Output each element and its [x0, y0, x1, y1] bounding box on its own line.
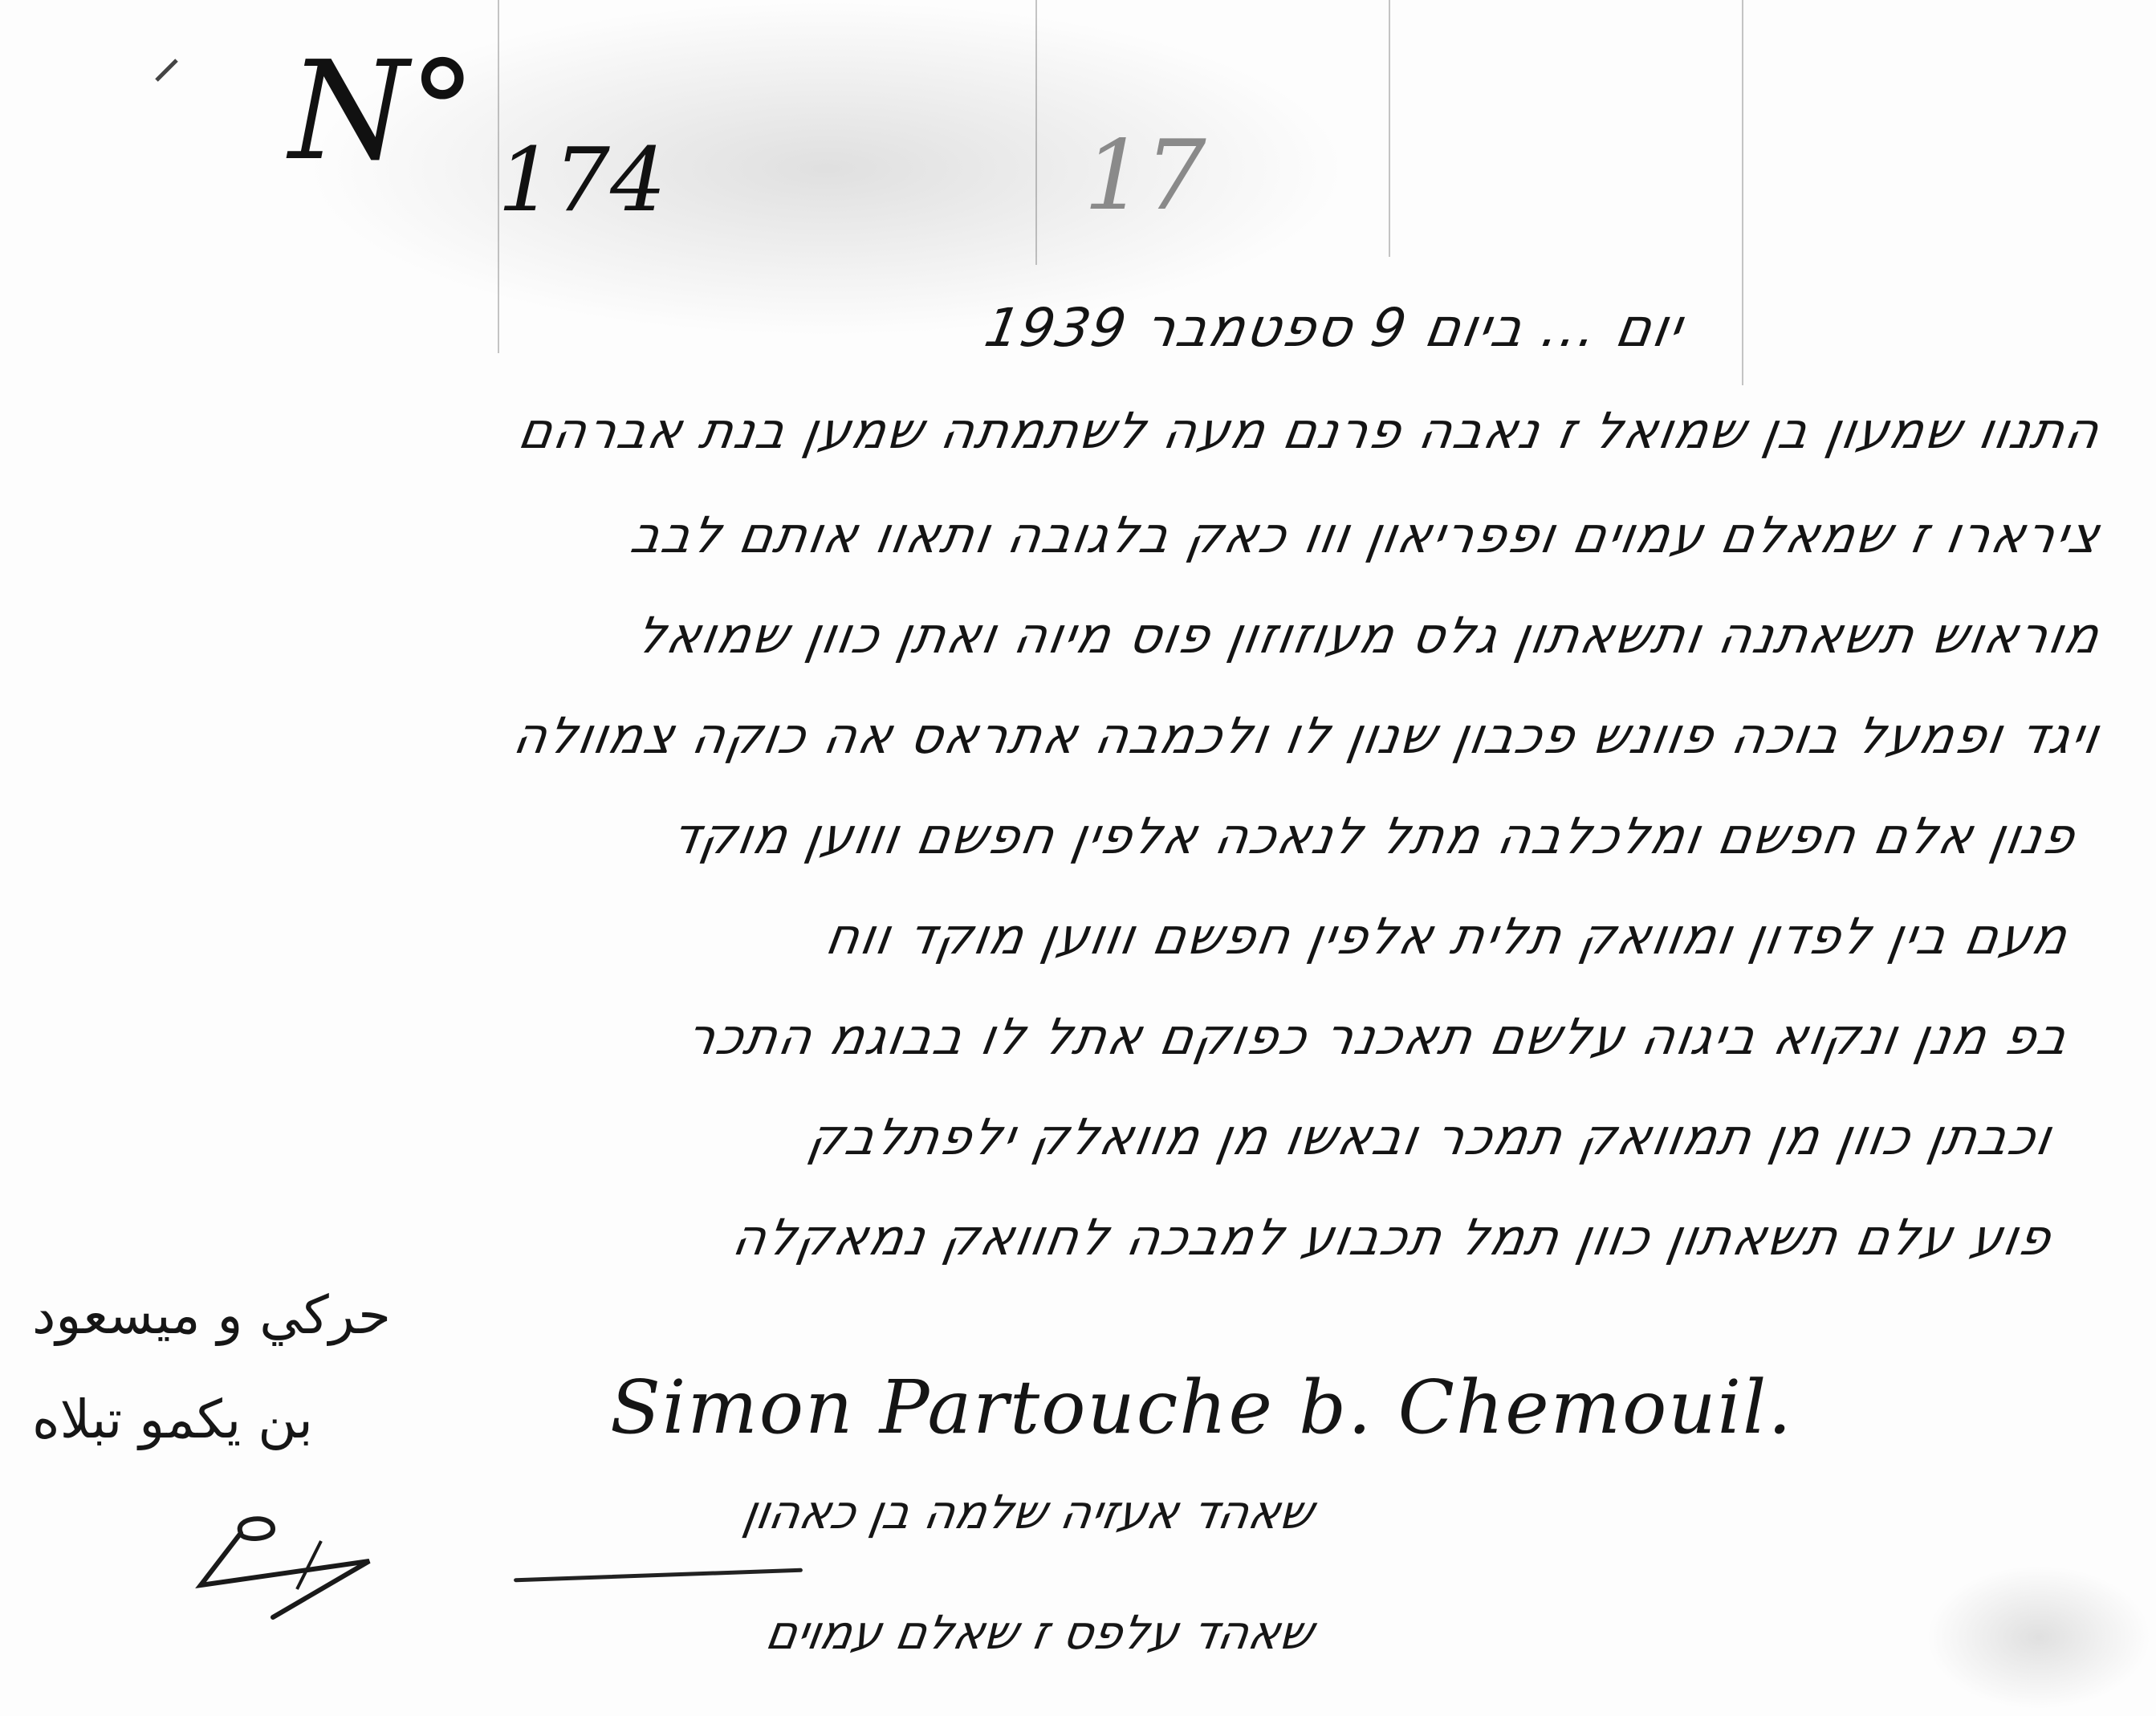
witness-signature-underline	[514, 1568, 803, 1583]
faded-stamp-number: 17	[1084, 120, 1206, 232]
body-line-1: התנוו שמעון בן שמואל ז נאבה פרנם מעה לשת…	[514, 401, 2105, 460]
witness-signature-1: שאהד אעזיה שלמה בן כאהון	[739, 1485, 1318, 1539]
fold-line-2	[1035, 0, 1037, 265]
signature-latin: Simon Partouche b. Chemouil.	[610, 1364, 1793, 1450]
bleed-through-right	[1926, 1565, 2151, 1710]
body-line-3: מוראוש תשאתנה ותשאתון גלס מעוזוזון פוס מ…	[632, 606, 2105, 665]
body-line-9: פוע עלם תשאתון כוון תמל תכבוע למבכה לחוו…	[728, 1208, 2056, 1267]
body-line-7: בפ מנן ונקוא ביגוה עלשם תאכנר כפוקם אתל …	[681, 1007, 2073, 1066]
body-line-2: צירארו ז שמאלם עמוים ופפריאון ווו כאק בל…	[626, 506, 2105, 564]
arabic-witness-line-1: حركي و ميسعود	[32, 1284, 391, 1346]
witness-signature-2: שאהד עלפס ז שאלם עמוים	[762, 1605, 1318, 1660]
corner-mark-icon	[153, 56, 185, 88]
fold-line-4	[1742, 0, 1743, 385]
document-number: 174	[498, 128, 666, 231]
date-line: יום ... ביום 9 ספטמבר 1939	[980, 297, 1688, 359]
body-line-5: פנון אלם חפשם ומלכלבה מתל לנאכה אלפין חפ…	[668, 807, 2081, 865]
body-line-6: מעם בין לפדון ומוואק תלית אלפין חפשם ווו…	[821, 907, 2073, 966]
arabic-witness-line-2: بن يكمو تبلاه	[32, 1389, 313, 1450]
body-line-4: ויגד ופמעל בוכה פוונש פכבון שנון לו ולכמ…	[510, 706, 2105, 765]
document-page: N° 174 17 יום ... ביום 9 ספטמבר 1939 התנ…	[0, 0, 2156, 1716]
document-number-prefix: N°	[289, 32, 477, 191]
body-line-8: וכבתן כוון מן תמוואק תמכר ובאשו מן מוואל…	[803, 1108, 2056, 1166]
initials-scribble-icon	[185, 1509, 425, 1637]
fold-line-3	[1389, 0, 1390, 257]
